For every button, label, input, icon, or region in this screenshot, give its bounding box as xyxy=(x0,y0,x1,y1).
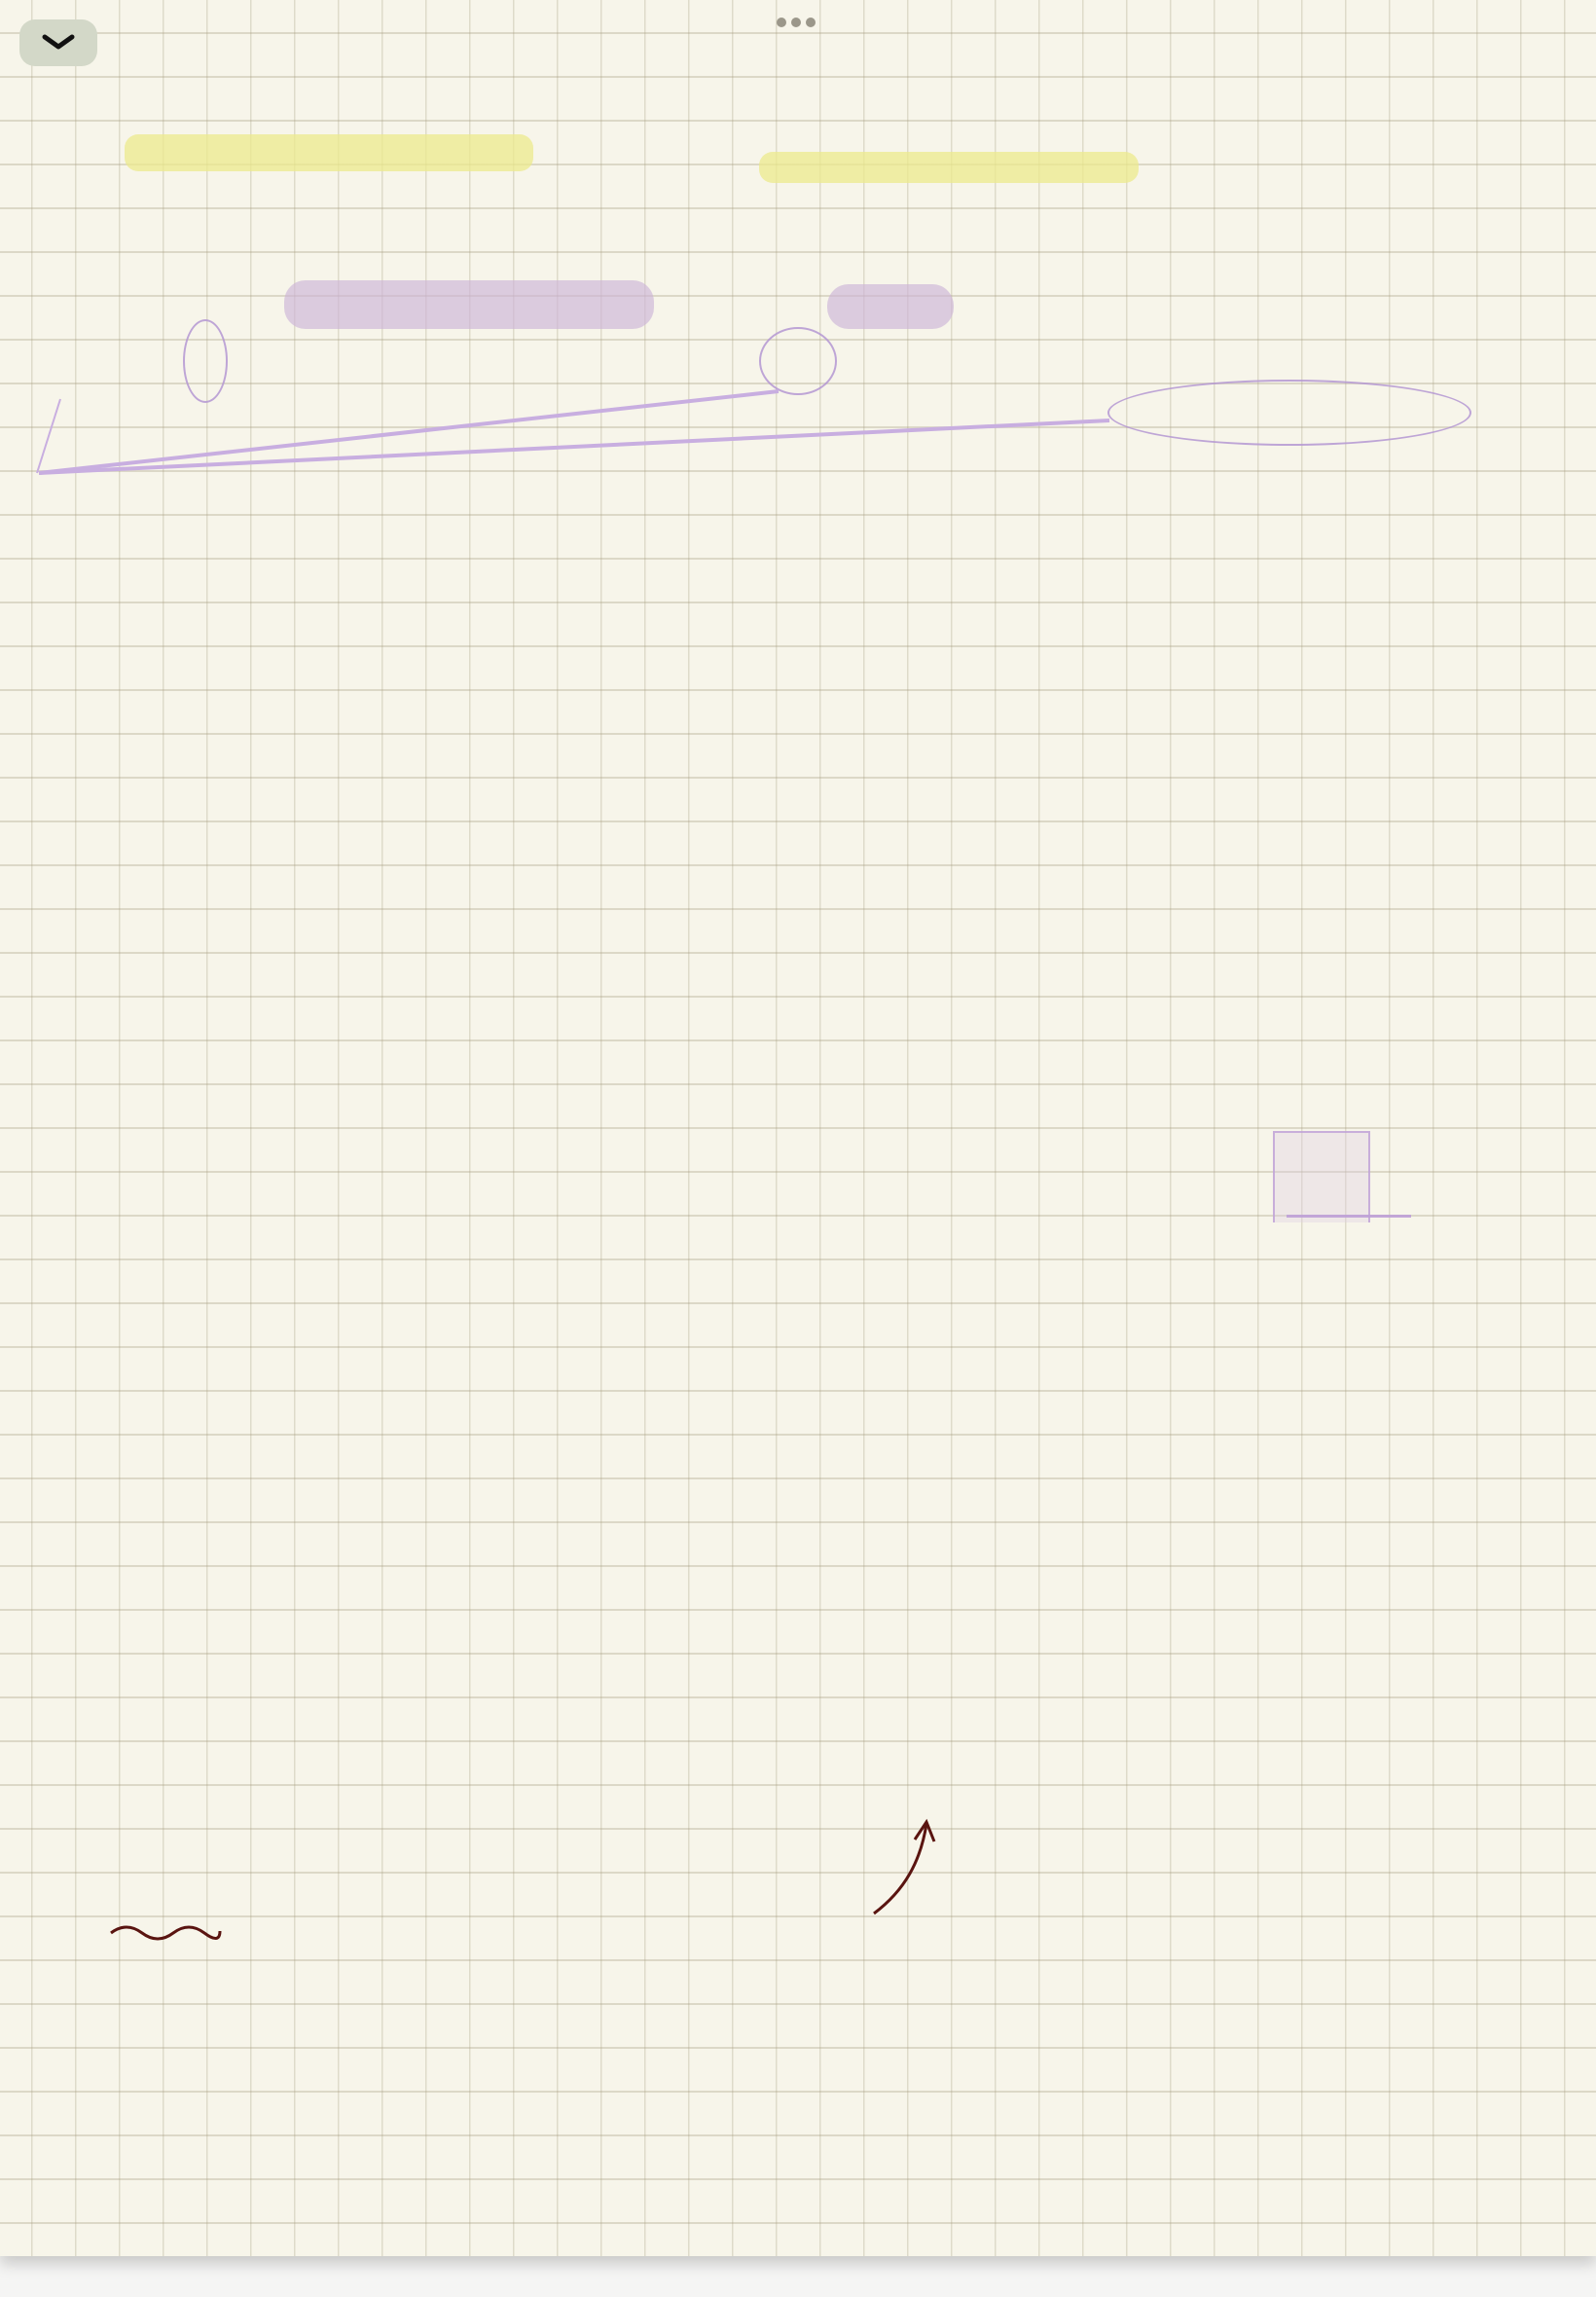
arrow-up-icon xyxy=(866,1812,944,1919)
more-options-button[interactable] xyxy=(777,18,816,27)
notebook-page[interactable] xyxy=(0,0,1596,2256)
highlight-yellow xyxy=(759,152,1139,183)
ellipsis-icon-dot xyxy=(791,18,801,27)
ellipsis-icon-dot xyxy=(777,18,786,27)
chevron-down-icon xyxy=(41,33,76,53)
highlight-lavender xyxy=(827,284,954,329)
highlight-box xyxy=(1273,1131,1370,1222)
highlight-yellow xyxy=(125,134,533,171)
wavy-underline xyxy=(107,1921,224,1941)
ellipsis-icon-dot xyxy=(806,18,816,27)
annotation-lines xyxy=(0,370,1596,487)
highlight-lavender xyxy=(284,280,654,329)
underline xyxy=(1287,1215,1411,1218)
collapse-toolbar-button[interactable] xyxy=(19,19,97,66)
